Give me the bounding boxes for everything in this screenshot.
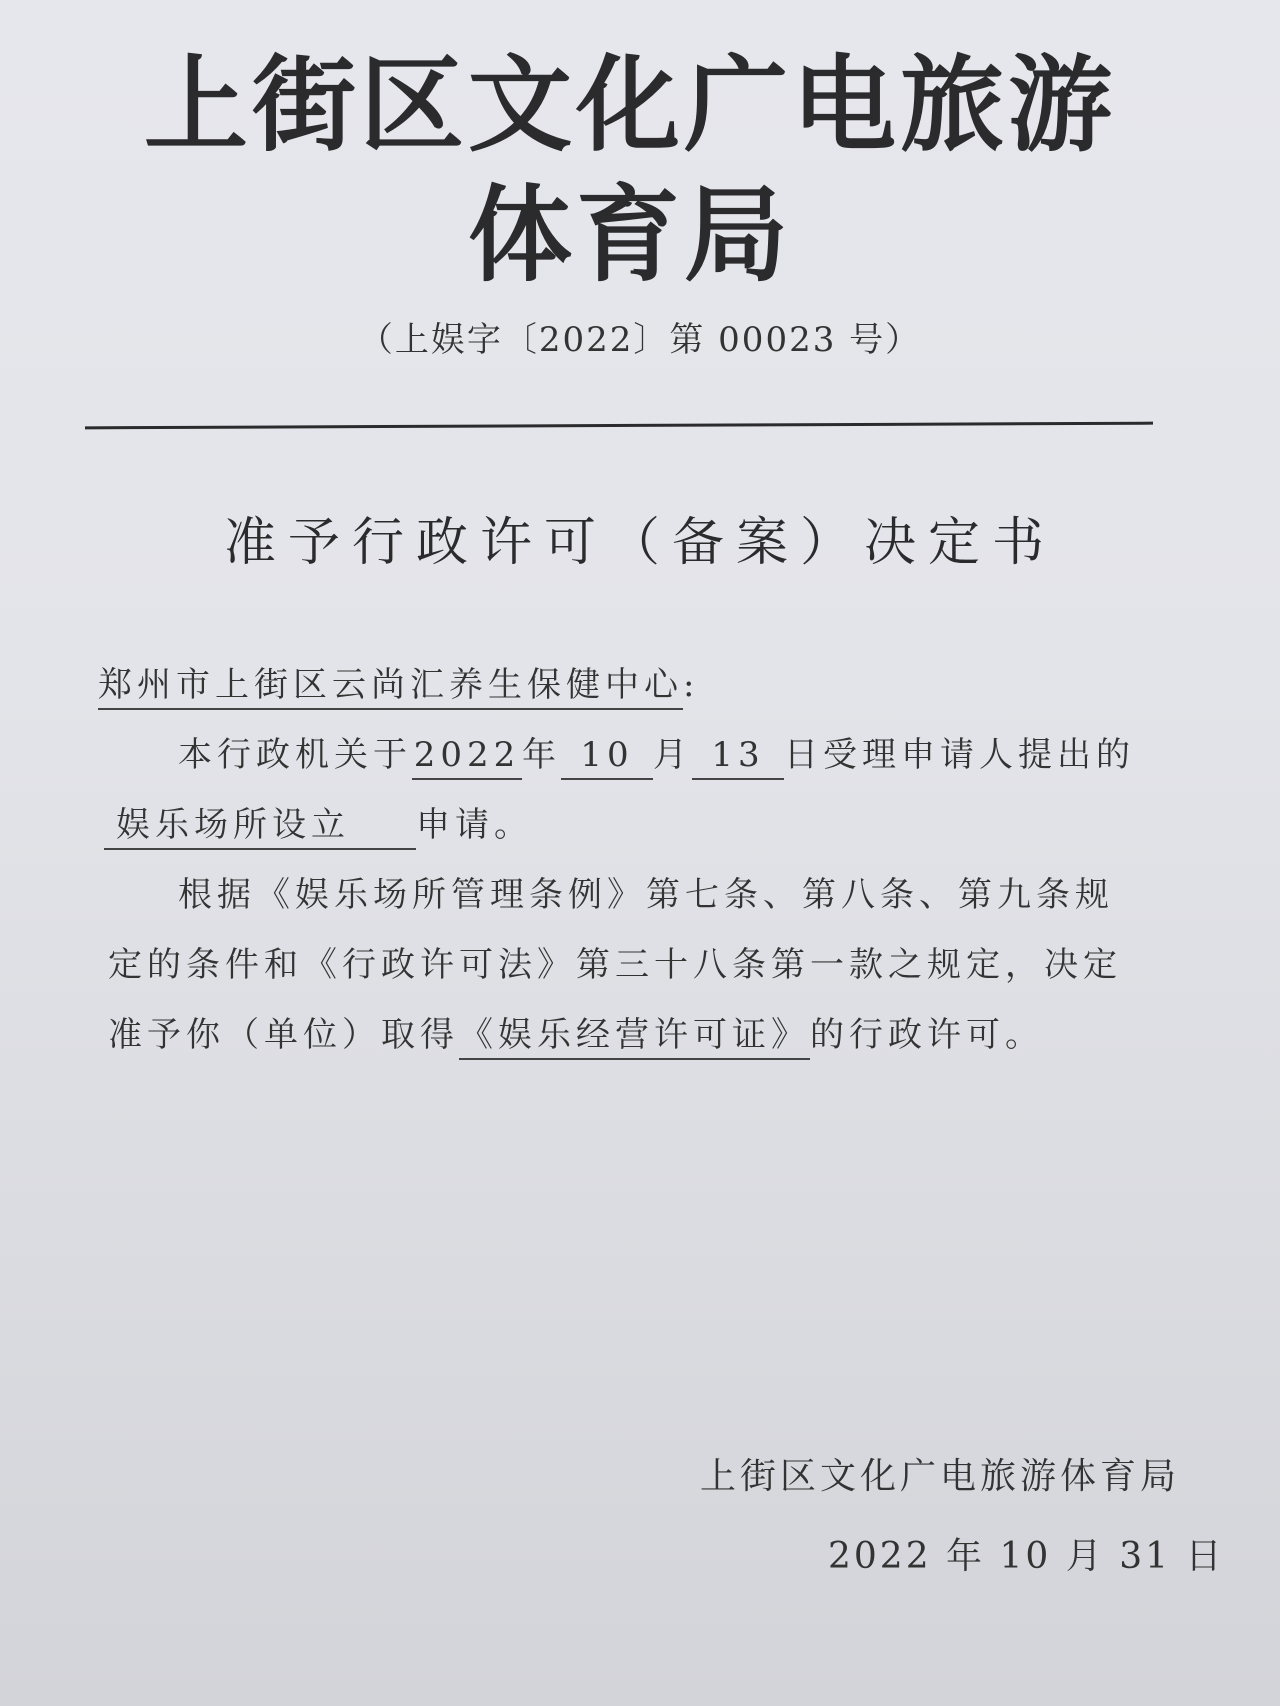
decision-line-1: 根据《娱乐场所管理条例》第七条、第八条、第九条规 (178, 875, 1114, 915)
signature-organization: 上街区文化广电旅游体育局 (700, 1448, 1180, 1499)
document-page: 上街区文化广电旅游体育局 （上娱字〔2022〕第 00023 号） 准予行政许可… (0, 0, 1280, 1706)
paragraph-decision: 根据《娱乐场所管理条例》第七条、第八条、第九条规 定的条件和《行政许可法》第三十… (108, 860, 1158, 1070)
addressee-colon: : (683, 665, 699, 705)
decision-line-3-suffix: 的行政许可。 (810, 1015, 1044, 1055)
header-divider (85, 422, 1153, 430)
document-number: （上娱字〔2022〕第 00023 号） (0, 312, 1280, 361)
application-type: 娱乐场所设立 (104, 802, 416, 850)
acceptance-day: 13 (692, 732, 784, 780)
paragraph-application: 娱乐场所设立申请。 (104, 790, 1154, 860)
agency-title: 上街区文化广电旅游体育局 (100, 40, 1160, 300)
decision-line-2: 定的条件和《行政许可法》第三十八条第一款之规定，决定 (108, 930, 1158, 1000)
month-unit: 月 (653, 735, 692, 775)
decision-title: 准予行政许可（备案）决定书 (0, 500, 1280, 575)
paragraph-acceptance: 本行政机关于2022年10月13日受理申请人提出的 (108, 720, 1158, 790)
decision-line-3-prefix: 准予你（单位）取得 (108, 1015, 459, 1055)
year-unit: 年 (522, 735, 561, 775)
signature-date: 2022 年 10 月 31 日 (828, 1528, 1224, 1579)
license-name: 《娱乐经营许可证》 (459, 1012, 810, 1060)
acceptance-year: 2022 (412, 732, 522, 780)
acceptance-prefix: 本行政机关于 (178, 735, 412, 775)
addressee-name: 郑州市上街区云尚汇养生保健中心 (98, 662, 683, 710)
addressee: 郑州市上街区云尚汇养生保健中心: (98, 650, 1148, 720)
acceptance-suffix: 日受理申请人提出的 (784, 735, 1135, 775)
acceptance-month: 10 (561, 732, 653, 780)
application-suffix: 申请。 (416, 805, 533, 845)
